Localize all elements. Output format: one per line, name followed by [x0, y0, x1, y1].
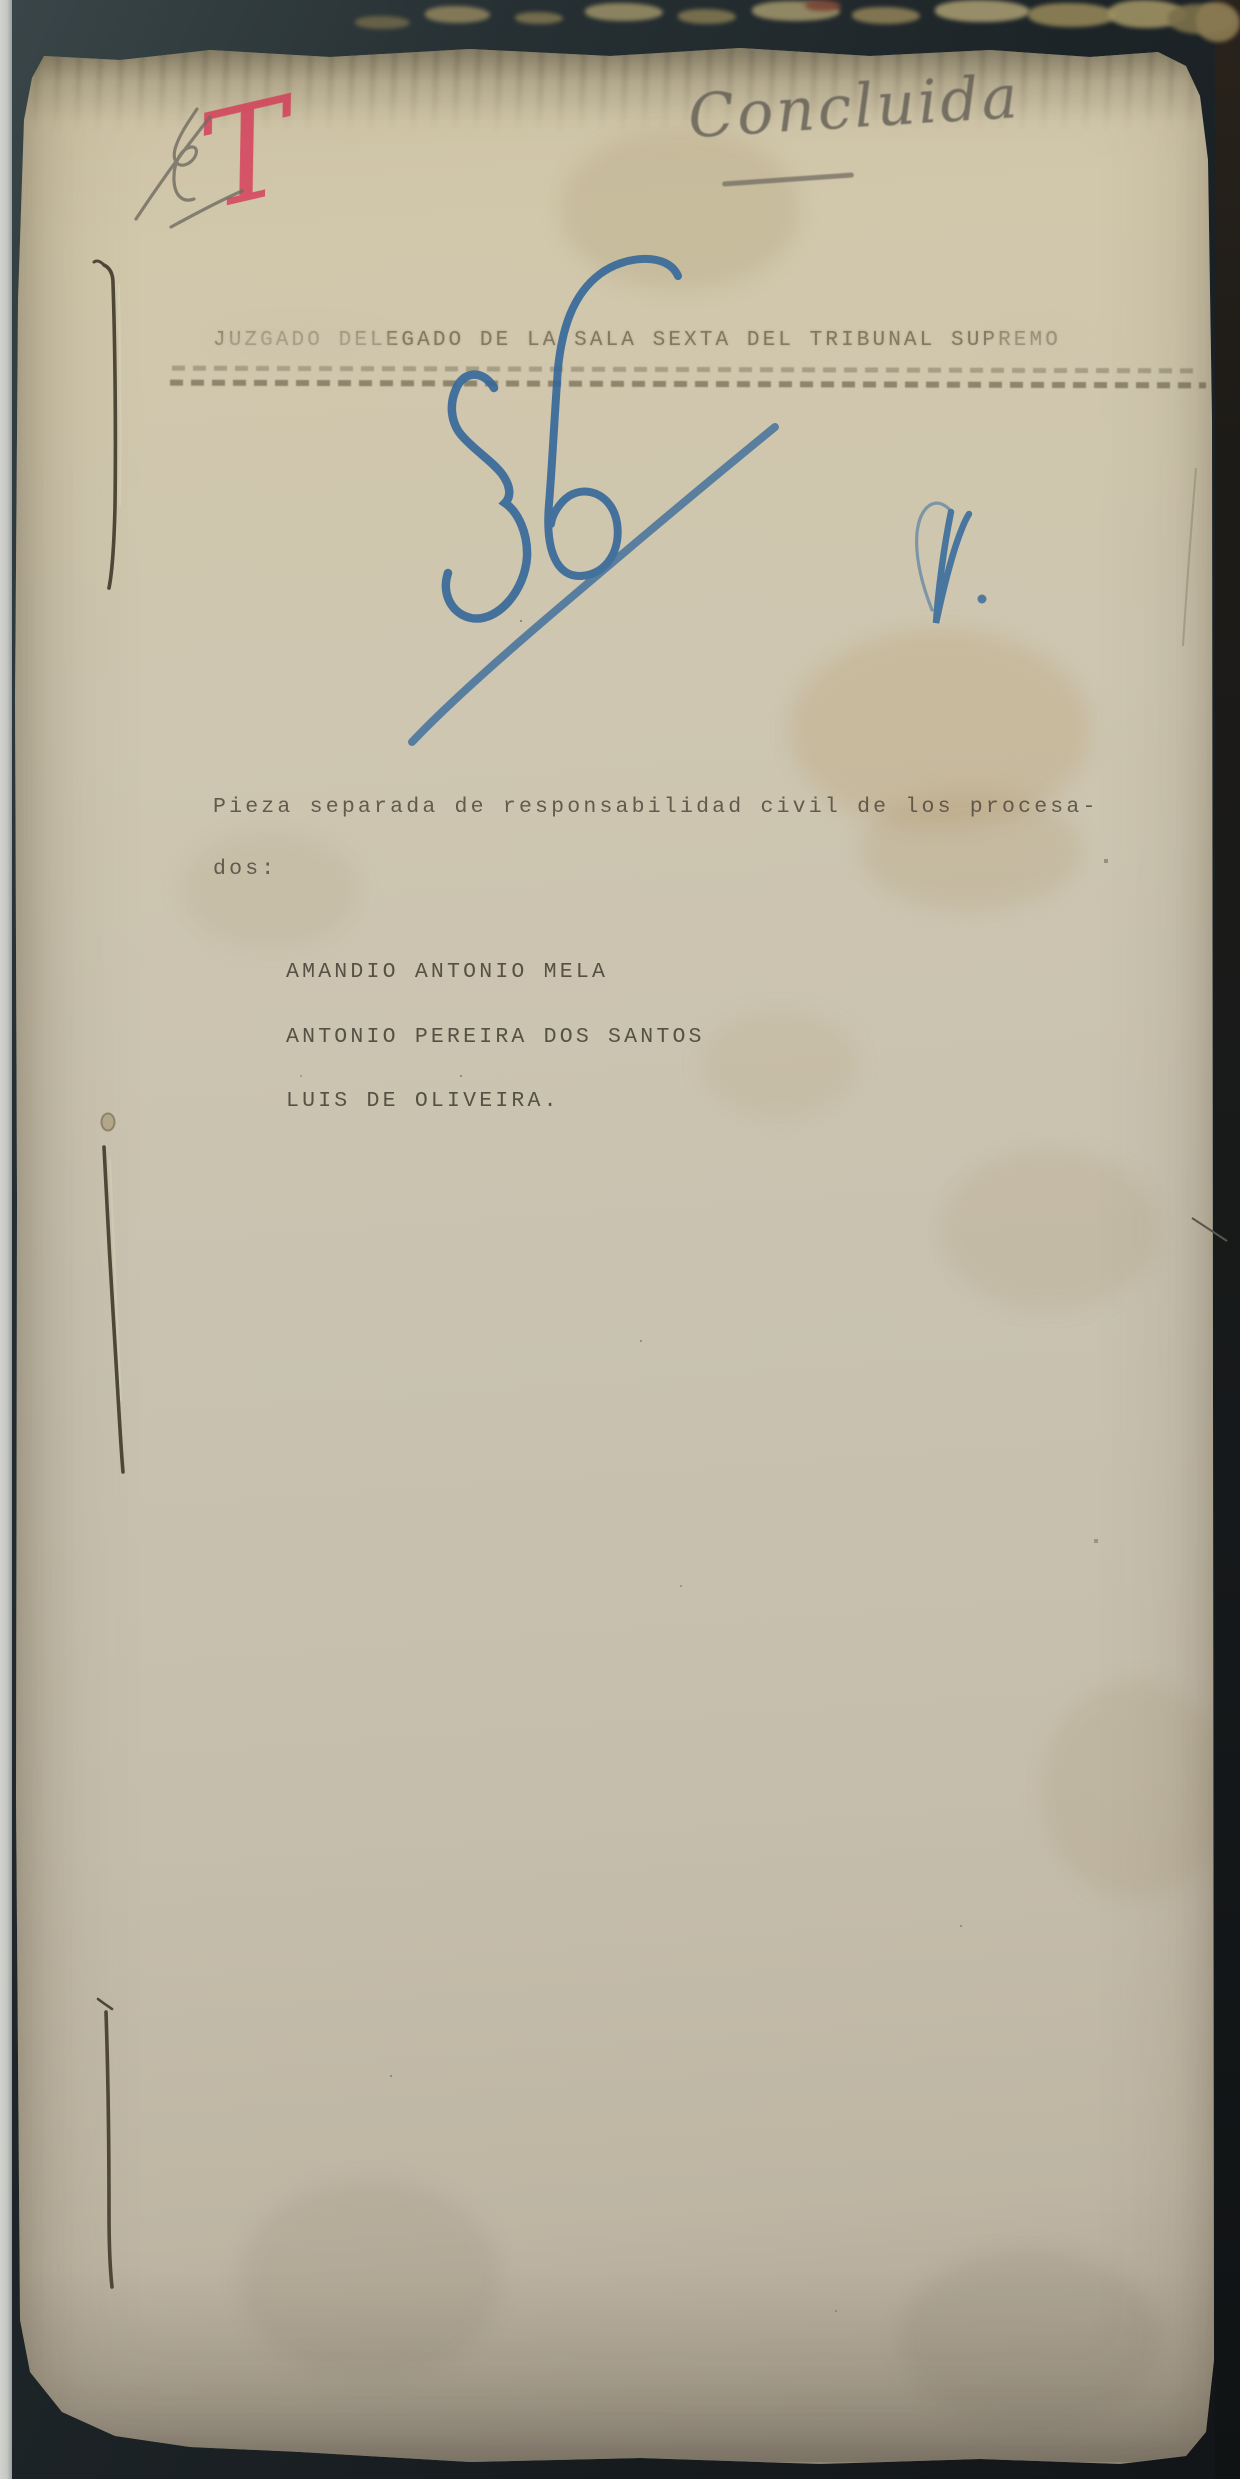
debris-fragment — [1028, 3, 1116, 27]
debris-fragment — [515, 12, 563, 24]
photo: JUZGADO DELEGADO DE LA SALA SEXTA DEL TR… — [0, 0, 1240, 2479]
background-right-band — [1215, 0, 1240, 2479]
paper-vignette — [0, 0, 1240, 2479]
document-page: JUZGADO DELEGADO DE LA SALA SEXTA DEL TR… — [0, 0, 1240, 2479]
photo-edge-strip — [0, 0, 12, 2479]
debris-fragment — [585, 3, 663, 21]
debris-fragment — [355, 16, 410, 29]
debris-fragment — [805, 0, 841, 11]
debris-fragment — [935, 0, 1030, 22]
debris-fragment — [1196, 2, 1240, 42]
debris-fragment — [425, 6, 490, 23]
debris-fragment — [852, 7, 920, 24]
debris-fragment — [678, 9, 736, 24]
